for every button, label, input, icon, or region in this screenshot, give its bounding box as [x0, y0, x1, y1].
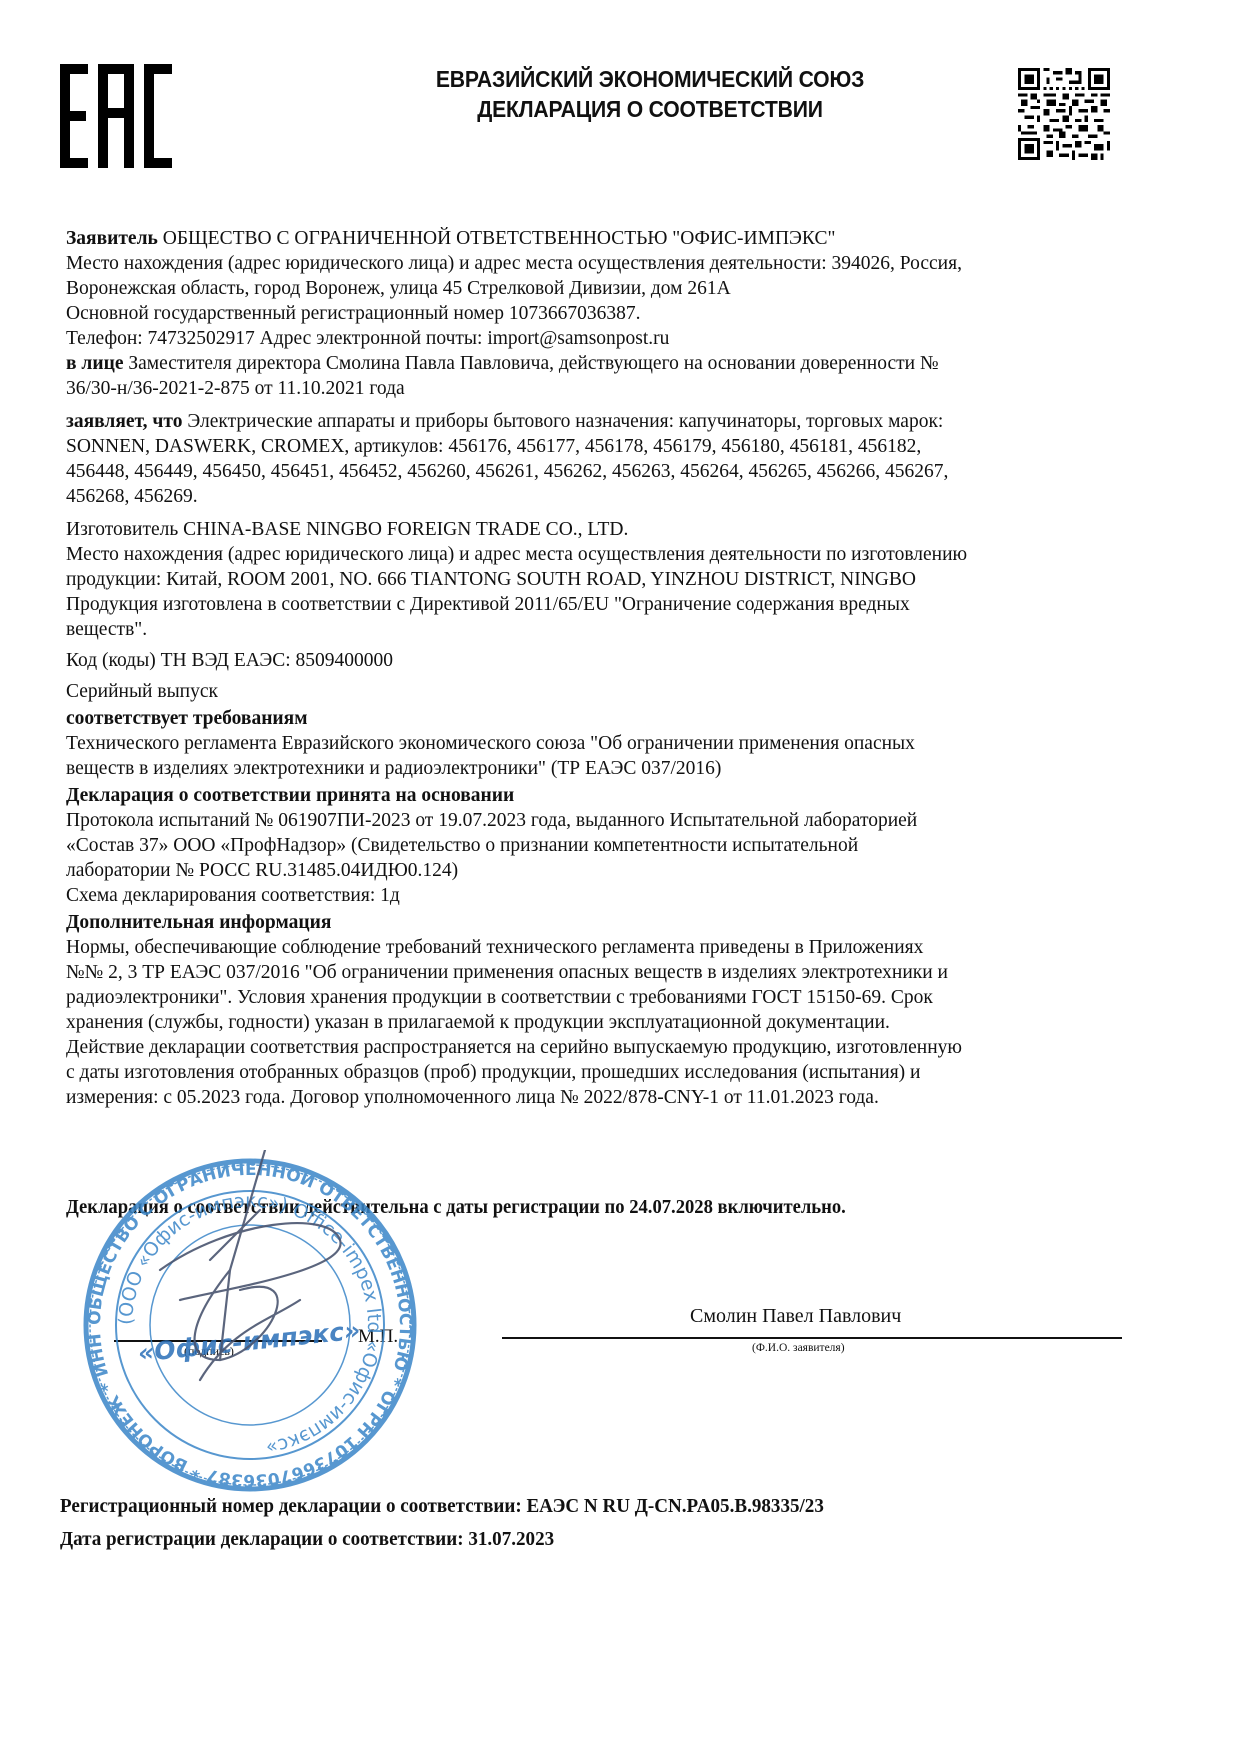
manufacturer-section: Изготовитель CHINA-BASE NINGBO FOREIGN T… [66, 517, 1146, 642]
applicant-address-2: Воронежская область, город Воронеж, улиц… [66, 276, 1146, 301]
additional-line-2: №№ 2, 3 ТР ЕАЭС 037/2016 "Об ограничении… [66, 960, 1146, 985]
applicant-full-name: Смолин Павел Павлович [690, 1305, 901, 1328]
basis-label: Декларация о соответствии принята на осн… [66, 785, 514, 806]
represented-label: в лице [66, 353, 123, 374]
compliance-line-1: Технического регламента Евразийского эко… [66, 731, 1146, 756]
applicant-section: Заявитель ОБЩЕСТВО С ОГРАНИЧЕННОЙ ОТВЕТС… [66, 226, 1146, 401]
basis-line-2: «Состав 37» ООО «ПрофНадзор» (Свидетельс… [66, 833, 1146, 858]
manufacturer-line-3: продукции: Китай, ROOM 2001, NO. 666 TIA… [66, 567, 1146, 592]
declares-line-2: SONNEN, DASWERK, CROMEX, артикулов: 4561… [66, 434, 1146, 459]
additional-line-5: Действие декларации соответствия распрос… [66, 1035, 1146, 1060]
manufacturer-line-5: веществ". [66, 617, 1146, 642]
declares-section: заявляет, что Электрические аппараты и п… [66, 409, 1146, 509]
applicant-contacts: Телефон: 74732502917 Адрес электронной п… [66, 326, 1146, 351]
additional-label: Дополнительная информация [66, 912, 331, 933]
represented-text-2: 36/30-н/36-2021-2-875 от 11.10.2021 года [66, 376, 1146, 401]
basis-line-4: Схема декларирования соответствия: 1д [66, 883, 1146, 908]
declaration-body: Заявитель ОБЩЕСТВО С ОГРАНИЧЕННОЙ ОТВЕТС… [66, 226, 1146, 1110]
registration-date: Дата регистрации декларации о соответств… [60, 1528, 554, 1551]
manufacturer-line-2: Место нахождения (адрес юридического лиц… [66, 542, 1146, 567]
declares-line-3: 456448, 456449, 456450, 456451, 456452, … [66, 459, 1146, 484]
signature-caption: (подпись) [184, 1344, 234, 1359]
basis-line-1: Протокола испытаний № 061907ПИ-2023 от 1… [66, 808, 1146, 833]
declares-line-1: Электрические аппараты и приборы бытовог… [183, 411, 944, 432]
represented-text: Заместителя директора Смолина Павла Павл… [123, 353, 938, 374]
compliance-label: соответствует требованиям [66, 708, 308, 729]
registration-number: Регистрационный номер декларации о соотв… [60, 1495, 824, 1518]
basis-section: Декларация о соответствии принята на осн… [66, 783, 1146, 908]
tn-ved-code: Код (коды) ТН ВЭД ЕАЭС: 8509400000 [66, 648, 1146, 673]
additional-section: Дополнительная информация Нормы, обеспеч… [66, 910, 1146, 1110]
declares-label: заявляет, что [66, 411, 183, 432]
manufacturer-line-4: Продукция изготовлена в соответствии с Д… [66, 592, 1146, 617]
applicant-name: ОБЩЕСТВО С ОГРАНИЧЕННОЙ ОТВЕТСТВЕННОСТЬЮ… [158, 228, 836, 249]
name-line [502, 1337, 1122, 1339]
compliance-section: соответствует требованиям Технического р… [66, 706, 1146, 781]
applicant-address-1: Место нахождения (адрес юридического лиц… [66, 251, 1146, 276]
title-union: ЕВРАЗИЙСКИЙ ЭКОНОМИЧЕСКИЙ СОЮЗ [291, 64, 1009, 94]
additional-line-1: Нормы, обеспечивающие соблюдение требова… [66, 935, 1146, 960]
page-title: ЕВРАЗИЙСКИЙ ЭКОНОМИЧЕСКИЙ СОЮЗ ДЕКЛАРАЦИ… [291, 64, 1009, 124]
basis-line-3: лаборатории № РОСС RU.31485.04ИДЮ0.124) [66, 858, 1146, 883]
eac-logo-icon [60, 64, 172, 168]
signature-line [114, 1340, 322, 1342]
name-caption: (Ф.И.О. заявителя) [752, 1342, 845, 1354]
manufacturer-line-1: Изготовитель CHINA-BASE NINGBO FOREIGN T… [66, 517, 1146, 542]
title-declaration: ДЕКЛАРАЦИЯ О СООТВЕТСТВИИ [291, 94, 1009, 124]
stamp-place-label: М.П. [358, 1326, 398, 1348]
svg-text:(ООО «Офис-импэкс») Office-imp: (ООО «Офис-импэкс») Office-impex ltd «Оф… [115, 1190, 385, 1459]
declaration-document: ЕВРАЗИЙСКИЙ ЭКОНОМИЧЕСКИЙ СОЮЗ ДЕКЛАРАЦИ… [0, 0, 1240, 1755]
declares-line-4: 456268, 456269. [66, 484, 1146, 509]
additional-line-3: радиоэлектроники". Условия хранения прод… [66, 985, 1146, 1010]
additional-line-4: хранения (службы, годности) указан в при… [66, 1010, 1146, 1035]
applicant-label: Заявитель [66, 228, 158, 249]
qr-code-icon[interactable] [1018, 68, 1110, 160]
validity-statement: Декларация о соответствии действительна … [66, 1196, 846, 1219]
compliance-line-2: веществ в изделиях электротехники и ради… [66, 756, 1146, 781]
additional-line-6: с даты изготовления отобранных образцов … [66, 1060, 1146, 1085]
production-type: Серийный выпуск [66, 679, 1146, 704]
additional-line-7: измерения: с 05.2023 года. Договор уполн… [66, 1085, 1146, 1110]
applicant-ogrn: Основной государственный регистрационный… [66, 301, 1146, 326]
